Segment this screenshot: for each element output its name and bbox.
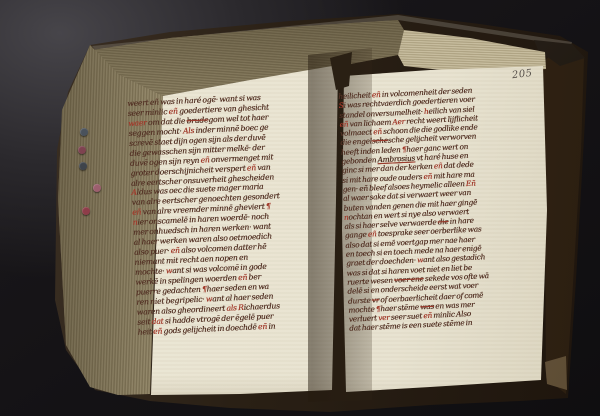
bookmark-tab (82, 207, 90, 215)
right-page-text: heilicheit eñ in volcomenheit der sedenS… (338, 82, 553, 333)
bookmark-tab (79, 162, 87, 170)
left-page-text: weert eñ was in haré ogē· want si wassee… (127, 90, 334, 337)
bookmark-tab (78, 146, 86, 154)
bookmark-tab (93, 184, 101, 192)
bookmark-tab (80, 128, 88, 136)
manuscript-photo: weert eñ was in haré ogē· want si wassee… (0, 0, 600, 416)
